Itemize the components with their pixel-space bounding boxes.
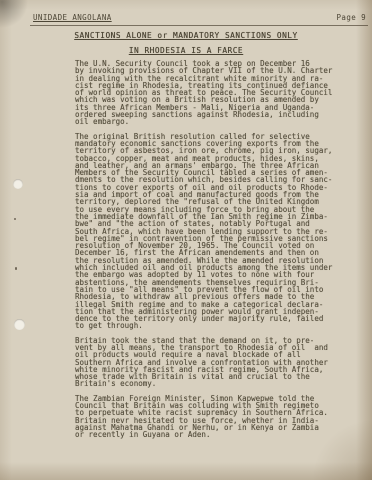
scan-speck — [14, 218, 16, 220]
header-rule — [30, 25, 368, 26]
publication-name: UNIDADE ANGOLANA — [33, 13, 112, 22]
article-title: SANCTIONS ALONE or MANDATORY SANCTIONS O… — [0, 31, 372, 60]
punch-hole-icon — [13, 179, 23, 189]
paragraph-4: The Zambian Foreign Minister, Simon Kapw… — [75, 395, 351, 439]
scanned-document-page: UNIDADE ANGOLANA Page 9 SANCTIONS ALONE … — [0, 0, 372, 480]
article-title-line1: SANCTIONS ALONE or MANDATORY SANCTIONS O… — [0, 31, 372, 40]
punch-hole-icon — [14, 319, 25, 330]
page-header: UNIDADE ANGOLANA Page 9 — [33, 13, 366, 22]
paragraph-2: The original British resolution called f… — [75, 133, 351, 330]
paragraph-3: Britain took the stand that the demand o… — [75, 337, 351, 388]
article-body: The U.N. Security Council took a step on… — [75, 60, 351, 446]
page-number: Page 9 — [337, 13, 367, 22]
paragraph-1: The U.N. Security Council took a step on… — [75, 60, 351, 126]
article-title-line2: IN RHODESIA IS A FARCE — [0, 46, 372, 55]
scan-speck — [15, 267, 17, 270]
